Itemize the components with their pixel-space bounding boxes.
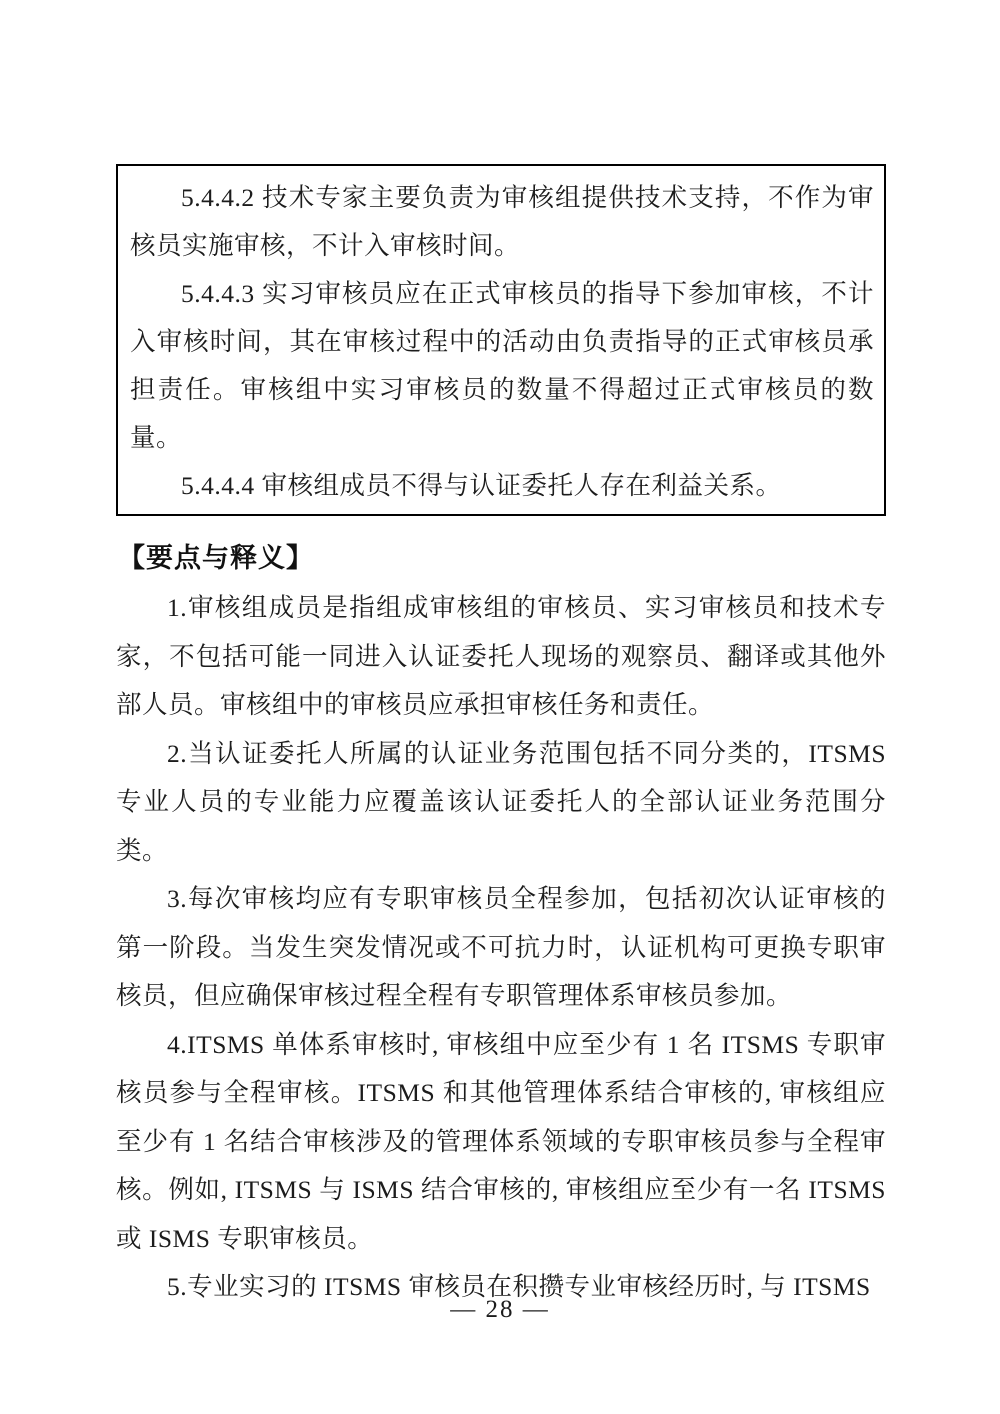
commentary-paragraph-3: 3.每次审核均应有专职审核员全程参加，包括初次认证审核的第一阶段。当发生突发情况… [116,875,886,1021]
commentary-paragraph-1: 1.审核组成员是指组成审核组的审核员、实习审核员和技术专家，不包括可能一同进入认… [116,584,886,730]
clause-box: 5.4.4.2 技术专家主要负责为审核组提供技术支持，不作为审核员实施审核，不计… [116,164,886,516]
clause-5-4-4-3: 5.4.4.3 实习审核员应在正式审核员的指导下参加审核，不计入审核时间，其在审… [130,270,874,462]
page-number: — 28 — [0,1295,1000,1325]
clause-5-4-4-2: 5.4.4.2 技术专家主要负责为审核组提供技术支持，不作为审核员实施审核，不计… [130,174,874,270]
section-heading-key-points: 【要点与释义】 [118,532,886,584]
document-page: 5.4.4.2 技术专家主要负责为审核组提供技术支持，不作为审核员实施审核，不计… [0,0,1000,1414]
page-content-column: 5.4.4.2 技术专家主要负责为审核组提供技术支持，不作为审核员实施审核，不计… [116,164,886,1312]
commentary-section: 1.审核组成员是指组成审核组的审核员、实习审核员和技术专家，不包括可能一同进入认… [116,584,886,1312]
commentary-paragraph-2: 2.当认证委托人所属的认证业务范围包括不同分类的，ITSMS 专业人员的专业能力… [116,730,886,876]
clause-5-4-4-4: 5.4.4.4 审核组成员不得与认证委托人存在利益关系。 [130,462,874,510]
commentary-paragraph-4: 4.ITSMS 单体系审核时, 审核组中应至少有 1 名 ITSMS 专职审核员… [116,1021,886,1264]
